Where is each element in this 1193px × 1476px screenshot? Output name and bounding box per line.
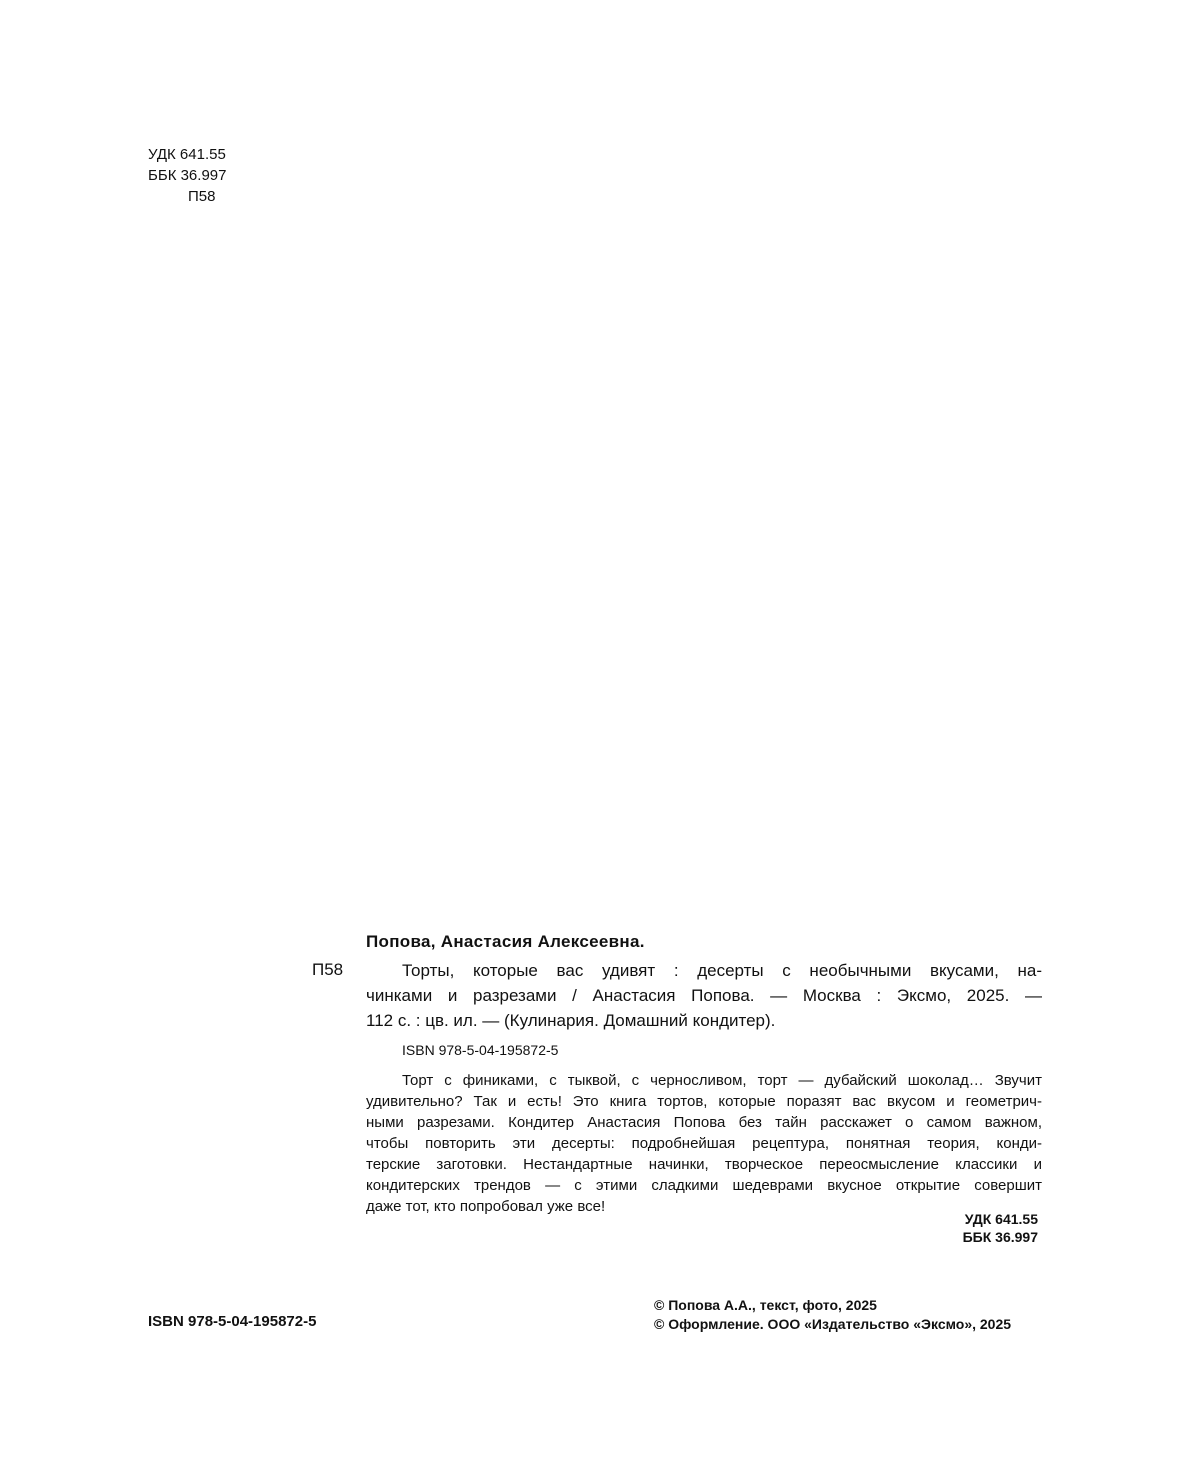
bbk-code-bold: ББК 36.997 [880, 1228, 1038, 1246]
copyright-publisher: © Оформление. ООО «Издательство «Эксмо»,… [654, 1315, 1011, 1334]
author-mark: П58 [148, 186, 226, 207]
author-heading: Попова, Анастасия Алексеевна. [366, 932, 645, 952]
book-abstract: Торт с финиками, с тыквой, с черносливом… [366, 1070, 1042, 1217]
udk-code: УДК 641.55 [148, 144, 226, 165]
bib-line: 112 с. : цв. ил. — (Кулинария. Домашний … [366, 1008, 1042, 1033]
abstract-line: ными разрезами. Кондитер Анастасия Попов… [366, 1112, 1042, 1133]
abstract-line: удивительно? Так и есть! Это книга торто… [366, 1091, 1042, 1112]
copyright-block: © Попова А.А., текст, фото, 2025 © Оформ… [654, 1296, 1011, 1334]
footer-isbn: ISBN 978-5-04-195872-5 [148, 1313, 316, 1330]
top-classification-codes: УДК 641.55 ББК 36.997 П58 [148, 144, 226, 207]
bib-line: Торты, которые вас удивят : десерты с не… [366, 958, 1042, 983]
abstract-line: терские заготовки. Нестандартные начинки… [366, 1154, 1042, 1175]
bib-line: чинками и разрезами / Анастасия Попова. … [366, 983, 1042, 1008]
side-author-mark: П58 [312, 960, 343, 980]
copyright-author: © Попова А.А., текст, фото, 2025 [654, 1296, 1011, 1315]
bbk-code: ББК 36.997 [148, 165, 226, 186]
abstract-line: чтобы повторить эти десерты: подробнейша… [366, 1133, 1042, 1154]
classification-codes: УДК 641.55 ББК 36.997 [880, 1210, 1038, 1246]
bibliographic-description: Торты, которые вас удивят : десерты с не… [366, 958, 1042, 1033]
abstract-line: кондитерских трендов — с этими сладкими … [366, 1175, 1042, 1196]
isbn-record: ISBN 978-5-04-195872-5 [402, 1042, 558, 1058]
udk-code-bold: УДК 641.55 [880, 1210, 1038, 1228]
abstract-line: Торт с финиками, с тыквой, с черносливом… [366, 1070, 1042, 1091]
